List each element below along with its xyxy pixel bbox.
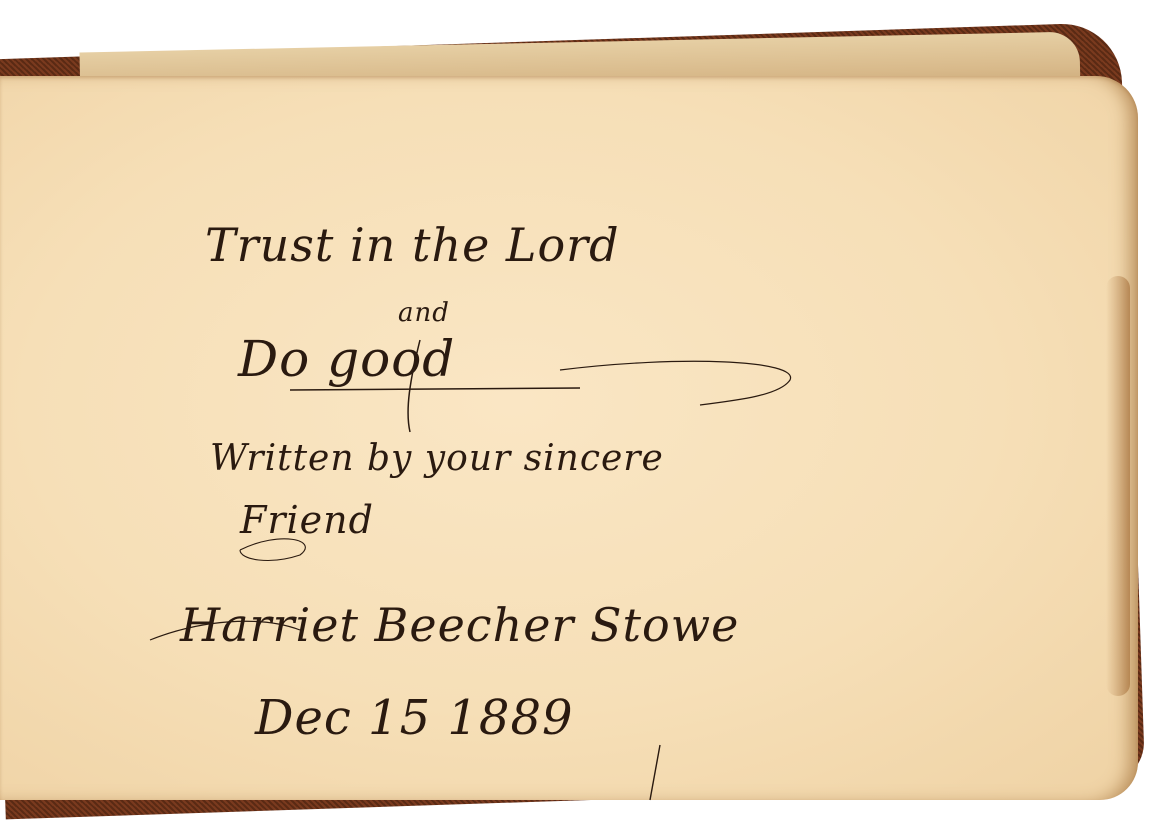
pen-flourishes [0,0,1165,828]
autograph-album: Trust in the Lord and Do good Written by… [0,0,1165,828]
